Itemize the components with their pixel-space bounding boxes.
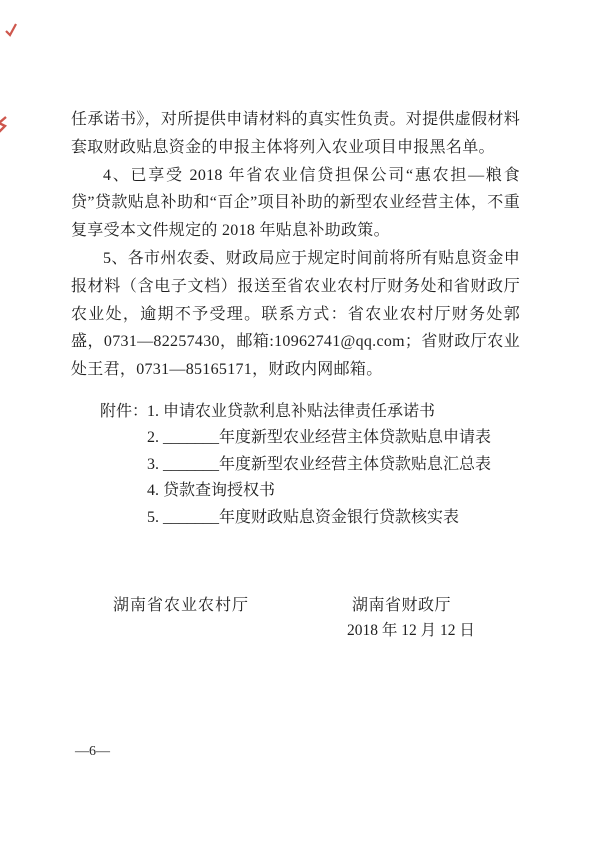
signature-date: 2018 年 12 月 12 日 (347, 617, 475, 644)
signature-org-agriculture: 湖南省农业农村厅 (113, 592, 249, 619)
body-text: 任承诺书》，对所提供申请材料的真实性负责。对提供虚假材料套取财政贴息资金的申报主… (71, 106, 520, 384)
document-page: 任承诺书》，对所提供申请材料的真实性负责。对提供虚假材料套取财政贴息资金的申报主… (0, 0, 596, 842)
red-scan-speck-icon (5, 22, 17, 37)
attachment-item: 2. _______年度新型农业经营主体贷款贴息申请表 (147, 425, 567, 451)
signature-org-finance: 湖南省财政厅 (352, 592, 451, 619)
attachment-item: 1. 申请农业贷款利息补贴法律责任承诺书 (147, 399, 567, 425)
attachment-item: 4. 贷款查询授权书 (147, 478, 567, 504)
attachment-item: 3. _______年度新型农业经营主体贷款贴息汇总表 (147, 452, 567, 478)
attachment-item: 5. _______年度财政贴息资金银行贷款核实表 (147, 505, 567, 531)
paragraph-item-5: 5、各市州农委、财政局应于规定时间前将所有贴息资金申报材料（含电子文档）报送至省… (71, 245, 520, 384)
attachments-label: 附件： (100, 399, 148, 425)
page-number: —6— (75, 744, 110, 760)
paragraph-item-4: 4、已享受 2018 年省农业信贷担保公司“惠农担—粮食贷”贷款贴息补助和“百企… (71, 162, 520, 245)
attachments-list: 1. 申请农业贷款利息补贴法律责任承诺书 2. _______年度新型农业经营主… (147, 399, 567, 531)
red-scan-speck-icon (0, 116, 8, 135)
paragraph-continuation: 任承诺书》，对所提供申请材料的真实性负责。对提供虚假材料套取财政贴息资金的申报主… (71, 106, 520, 162)
